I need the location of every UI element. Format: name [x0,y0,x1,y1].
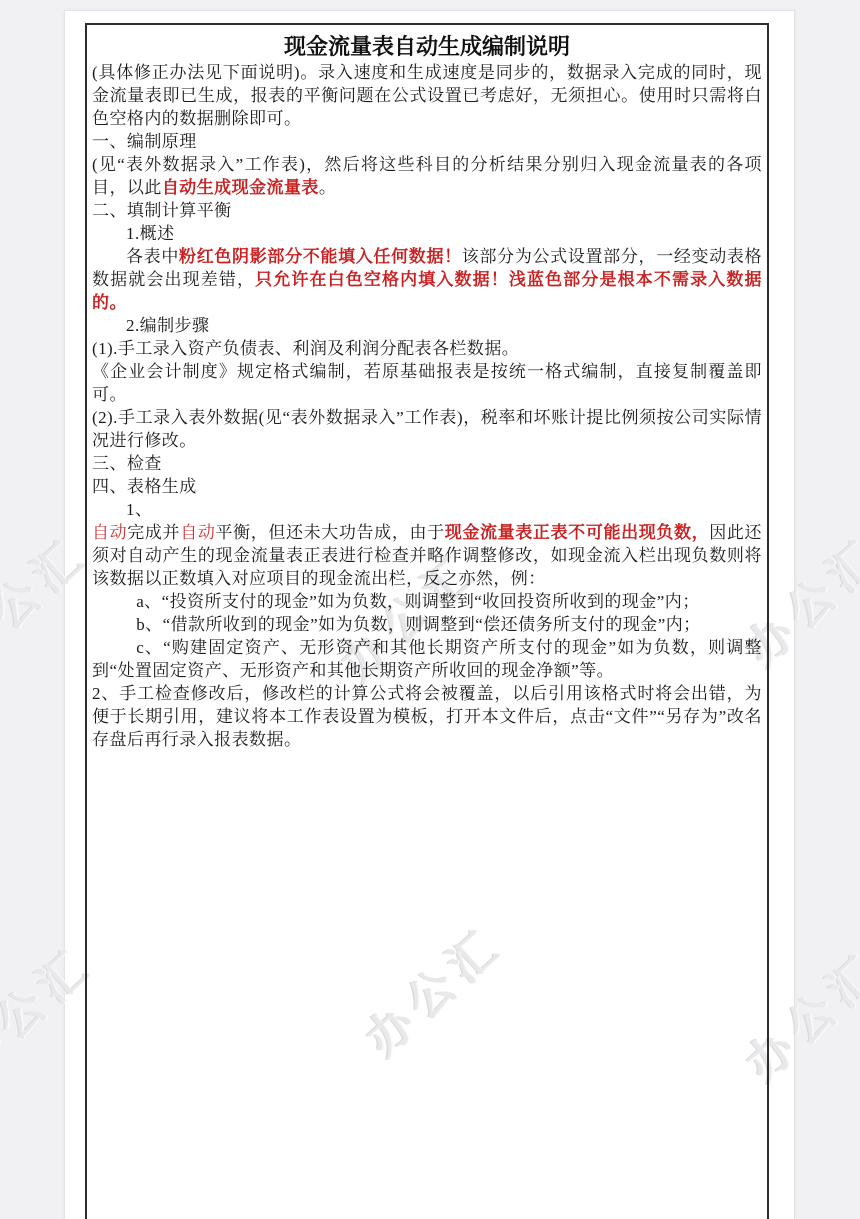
para-auto-red-2: 自动 [180,523,215,542]
para-auto-text-1: 完成并 [127,523,180,542]
para-intro: (具体修正办法见下面说明)。录入速度和生成速度是同步的，数据录入完成的同时，现金… [92,61,762,130]
heading-2-1-overview: 1.概述 [92,222,762,245]
heading-section-3: 三、检查 [92,452,762,475]
para-auto-warning: 现金流量表正表不可能出现负数， [445,523,710,542]
heading-2-2-steps: 2.编制步骤 [92,314,762,337]
para-format: 《企业会计制度》规定格式编制，若原基础报表是按统一格式编制，直接复制覆盖即可。 [92,360,762,406]
para-step-2: (2).手工录入表外数据(见“表外数据录入”工作表)，税率和坏账计提比例须按公司… [92,406,762,452]
heading-section-1: 一、编制原理 [92,130,762,153]
para-step-1: (1).手工录入资产负债表、利润及利润分配表各栏数据。 [92,337,762,360]
para-manual-check: 2、手工检查修改后，修改栏的计算公式将会被覆盖，以后引用该格式时将会出错，为便于… [92,682,762,751]
para-principle: (见“表外数据录入”工作表)，然后将这些科目的分析结果分别归入现金流量表的各项目… [92,153,762,199]
document-viewport: 办公汇 办公汇 办公汇 办公汇 办公汇 办公汇 现金流量表自动生成编制说明 (具… [0,0,860,1219]
para-principle-highlight: 自动生成现金流量表 [162,178,319,197]
para-overview-lead: 各表中 [126,247,179,266]
heading-4-1: 1、 [92,498,762,521]
para-principle-period: 。 [319,178,336,197]
para-auto-balance: 自动完成并自动平衡，但还未大功告成，由于现金流量表正表不可能出现负数，因此还须对… [92,521,762,590]
para-auto-red-1: 自动 [92,523,127,542]
list-item-b: b、“借款所收到的现金”如为负数，则调整到“偿还债务所支付的现金”内； [92,613,762,636]
heading-section-4: 四、表格生成 [92,475,762,498]
doc-title: 现金流量表自动生成编制说明 [92,33,762,61]
list-item-a: a、“投资所支付的现金”如为负数，则调整到“收回投资所收到的现金”内； [92,590,762,613]
para-auto-text-2: 平衡，但还未大功告成，由于 [215,523,444,542]
para-overview-warning-pink: 粉红色阴影部分不能填入任何数据！ [179,247,462,266]
para-overview: 各表中粉红色阴影部分不能填入任何数据！该部分为公式设置部分，一经变动表格数据就会… [92,245,762,314]
heading-section-2: 二、填制计算平衡 [92,199,762,222]
list-item-c: c、“购建固定资产、无形资产和其他长期资产所支付的现金”如为负数，则调整到“处置… [92,636,762,682]
document-table-cell: 现金流量表自动生成编制说明 (具体修正办法见下面说明)。录入速度和生成速度是同步… [85,23,769,1219]
